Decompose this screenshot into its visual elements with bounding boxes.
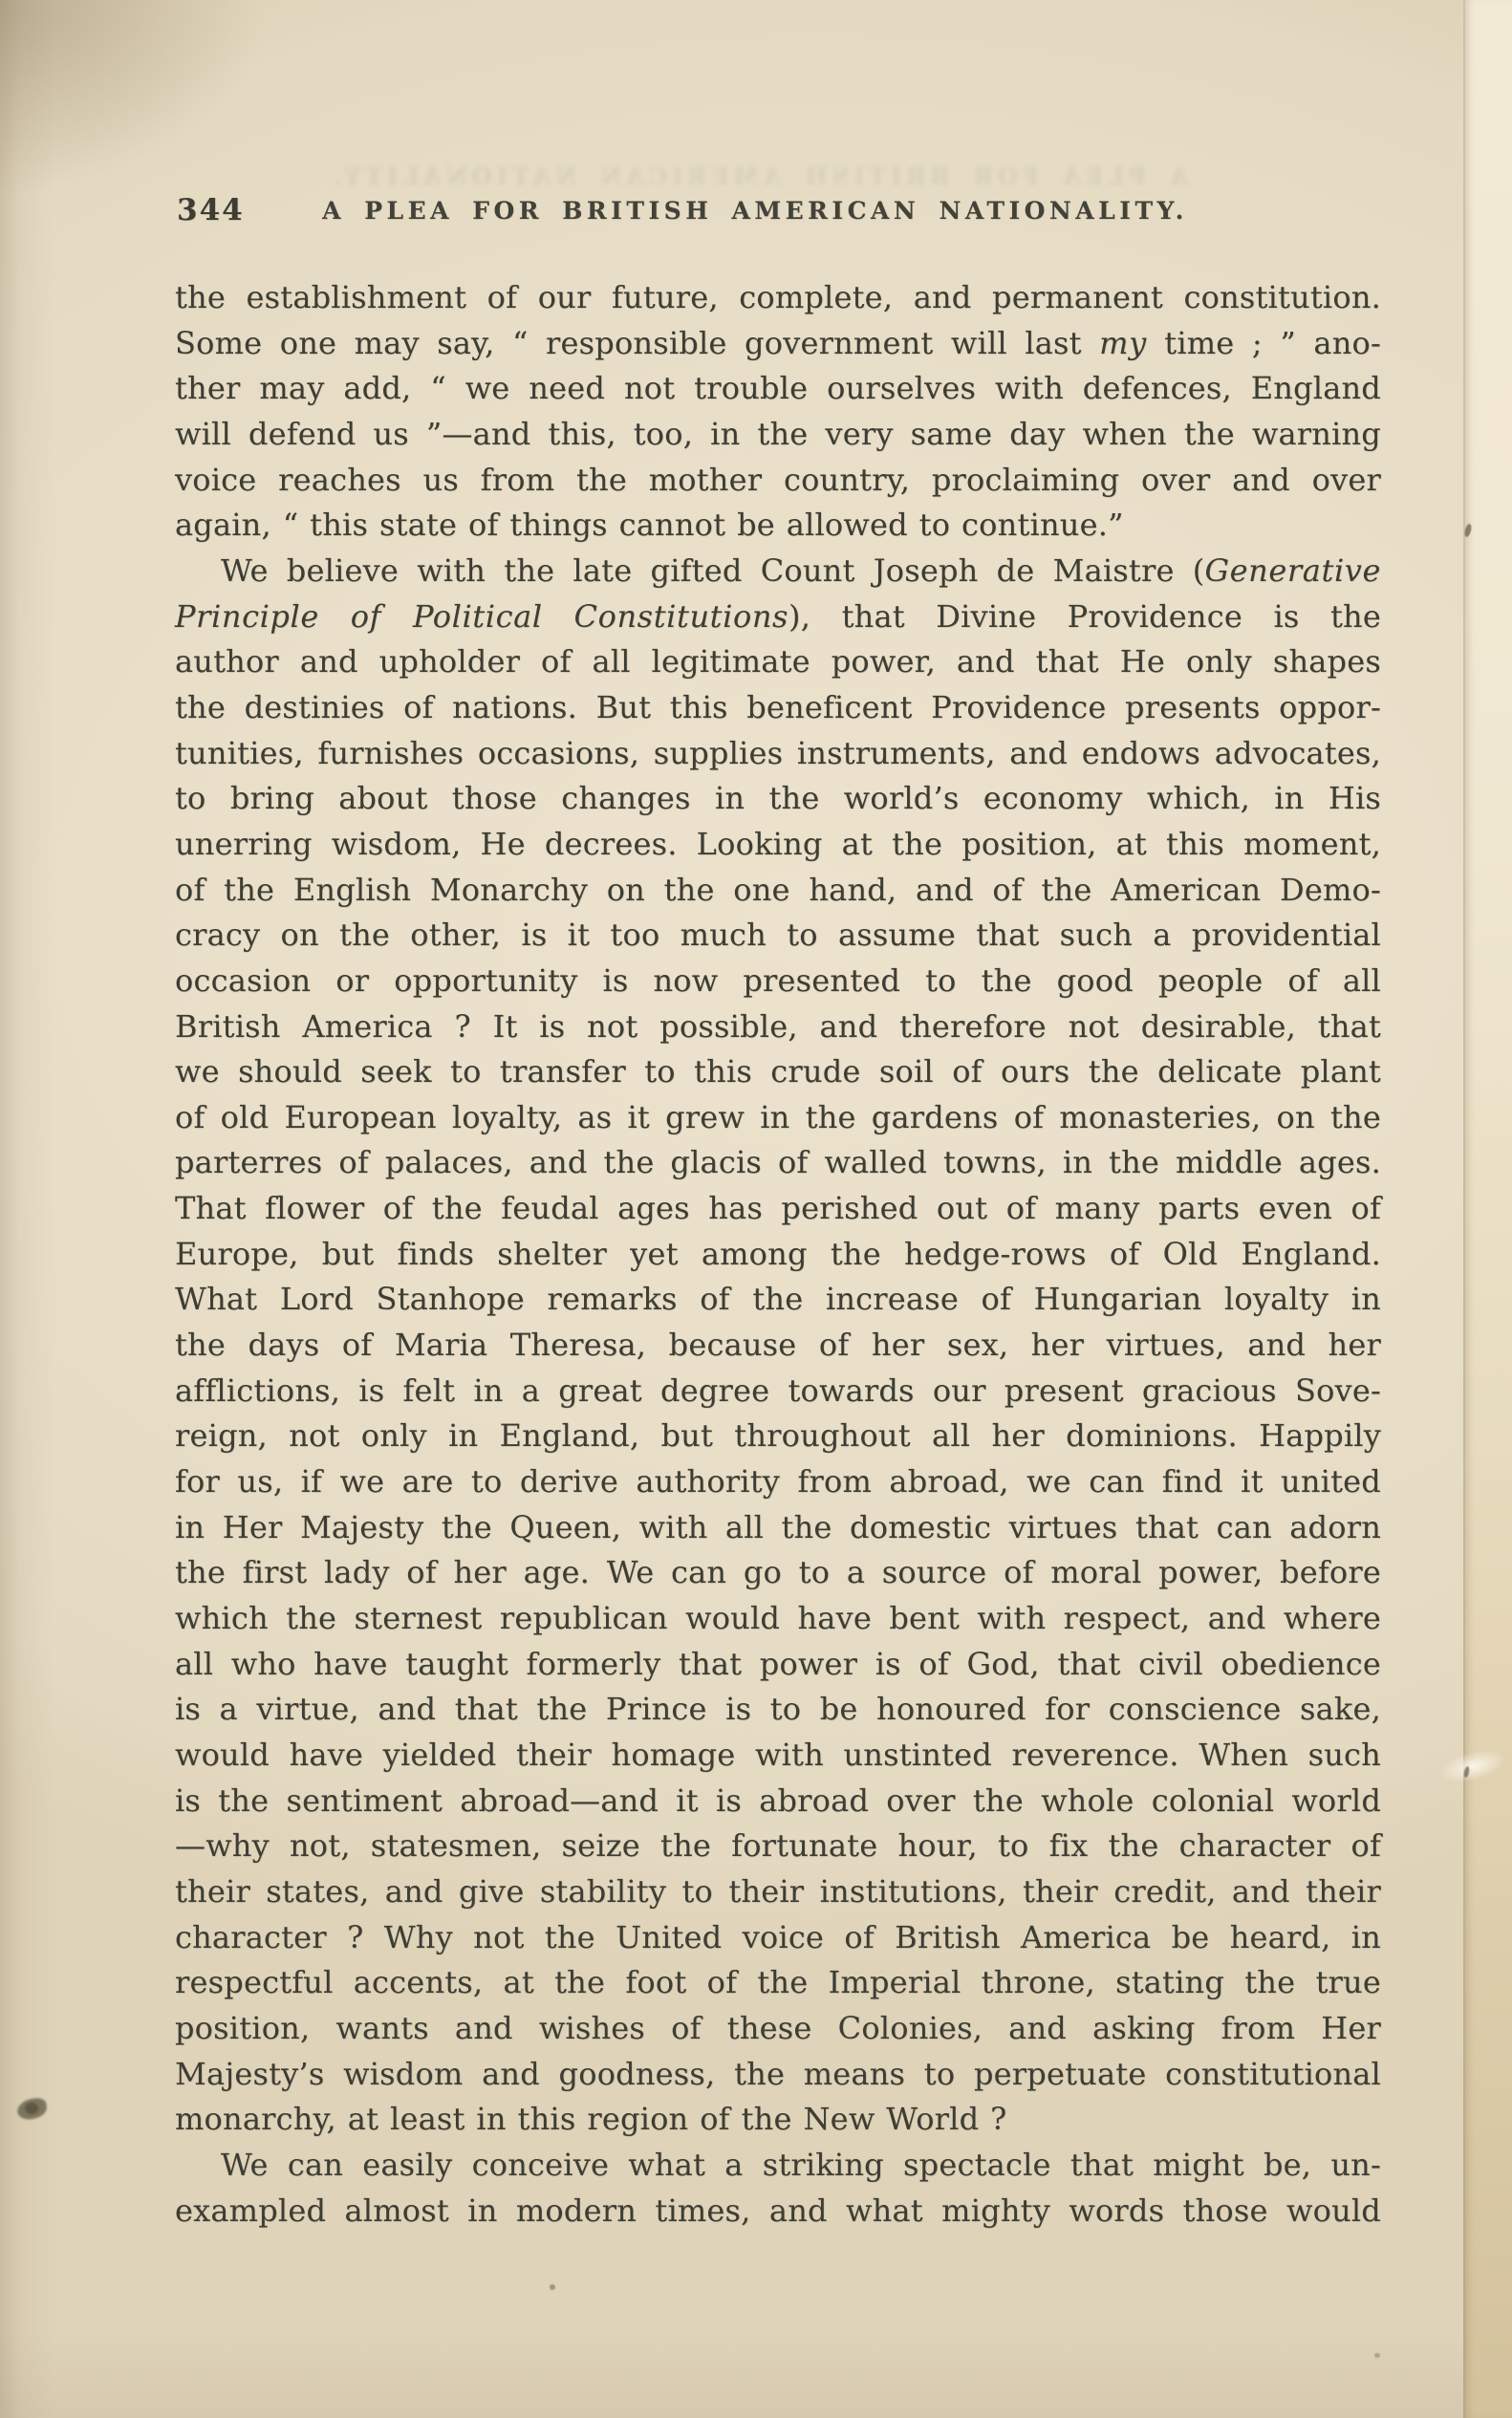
text-line: which the sternest republican would have…: [175, 1596, 1381, 1642]
text-line: character ? Why not the United voice of …: [175, 1915, 1381, 1961]
text-line: the destinies of nations. But this benef…: [175, 685, 1381, 731]
body-text: the establishment of our future, complet…: [175, 275, 1381, 2234]
text-line: reign, not only in England, but througho…: [175, 1414, 1381, 1459]
text-line: occasion or opportunity is now presented…: [175, 959, 1381, 1004]
text-line: ther may add, “ we need not trouble ours…: [175, 366, 1381, 412]
italic-text: my: [1099, 325, 1147, 361]
paper-speck: [1374, 2353, 1380, 2358]
text-line: in Her Majesty the Queen, with all the d…: [175, 1505, 1381, 1551]
text-line: respectful accents, at the foot of the I…: [175, 1960, 1381, 2006]
text-line: the establishment of our future, complet…: [175, 275, 1381, 321]
text-line: for us, if we are to derive authority fr…: [175, 1459, 1381, 1505]
italic-text: Principle of Political Constitutions: [175, 598, 788, 635]
text-line: is the sentiment abroad—and it is abroad…: [175, 1779, 1381, 1824]
text-line: author and upholder of all legitimate po…: [175, 639, 1381, 685]
text-line: to bring about those changes in the worl…: [175, 776, 1381, 822]
text-line: afflictions, is felt in a great degree t…: [175, 1369, 1381, 1414]
bottom-edge-shading: [0, 2332, 1512, 2418]
text-line: of the English Monarchy on the one hand,…: [175, 868, 1381, 914]
text-line: British America ? It is not possible, an…: [175, 1004, 1381, 1050]
text-line: we should seek to transfer to this crude…: [175, 1049, 1381, 1095]
text-line: will defend us ”—and this, too, in the v…: [175, 412, 1381, 458]
text-line: their states, and give stability to thei…: [175, 1869, 1381, 1915]
text-line: is a virtue, and that the Prince is to b…: [175, 1687, 1381, 1733]
text-line: again, “ this state of things cannot be …: [175, 503, 1381, 549]
text-line: tunities, furnishes occasions, supplies …: [175, 731, 1381, 777]
book-page-scan: A PLEA FOR BRITISH AMERICAN NATIONALITY.…: [0, 0, 1512, 2418]
italic-text: Generative: [1204, 552, 1381, 589]
text-line: voice reaches us from the mother country…: [175, 458, 1381, 504]
text-line: That flower of the feudal ages has peris…: [175, 1186, 1381, 1232]
text-line: parterres of palaces, and the glacis of …: [175, 1140, 1381, 1186]
text-line: —why not, statesmen, seize the fortunate…: [175, 1824, 1381, 1869]
text-line: exampled almost in modern times, and wha…: [175, 2189, 1381, 2234]
text-line: We can easily conceive what a striking s…: [175, 2143, 1381, 2189]
running-title: A PLEA FOR BRITISH AMERICAN NATIONALITY.: [175, 197, 1335, 225]
text-line: cracy on the other, is it too much to as…: [175, 913, 1381, 959]
text-line: would have yielded their homage with uns…: [175, 1733, 1381, 1779]
running-head: 344 A PLEA FOR BRITISH AMERICAN NATIONAL…: [175, 193, 1381, 233]
left-edge-shading: [0, 0, 57, 2418]
adjacent-page-edge: [1463, 0, 1512, 2418]
show-through-ghost-title: A PLEA FOR BRITISH AMERICAN NATIONALITY.: [175, 162, 1343, 190]
text-line: unerring wisdom, He decrees. Looking at …: [175, 822, 1381, 868]
text-line: Europe, but finds shelter yet among the …: [175, 1232, 1381, 1278]
text-line: position, wants and wishes of these Colo…: [175, 2006, 1381, 2052]
text-line: Principle of Political Constitutions), t…: [175, 594, 1381, 640]
text-line: the days of Maria Theresa, because of he…: [175, 1323, 1381, 1369]
text-line: monarchy, at least in this region of the…: [175, 2097, 1381, 2143]
text-line: Majesty’s wisdom and goodness, the means…: [175, 2052, 1381, 2098]
ink-smudge-core: [25, 2103, 38, 2114]
text-line: all who have taught formerly that power …: [175, 1642, 1381, 1688]
text-line: of old European loyalty, as it grew in t…: [175, 1095, 1381, 1141]
text-line: the first lady of her age. We can go to …: [175, 1550, 1381, 1596]
text-line: What Lord Stanhope remarks of the increa…: [175, 1277, 1381, 1323]
paper-speck: [550, 2284, 555, 2290]
text-line: Some one may say, “ responsible governme…: [175, 321, 1381, 367]
text-line: We believe with the late gifted Count Jo…: [175, 549, 1381, 594]
